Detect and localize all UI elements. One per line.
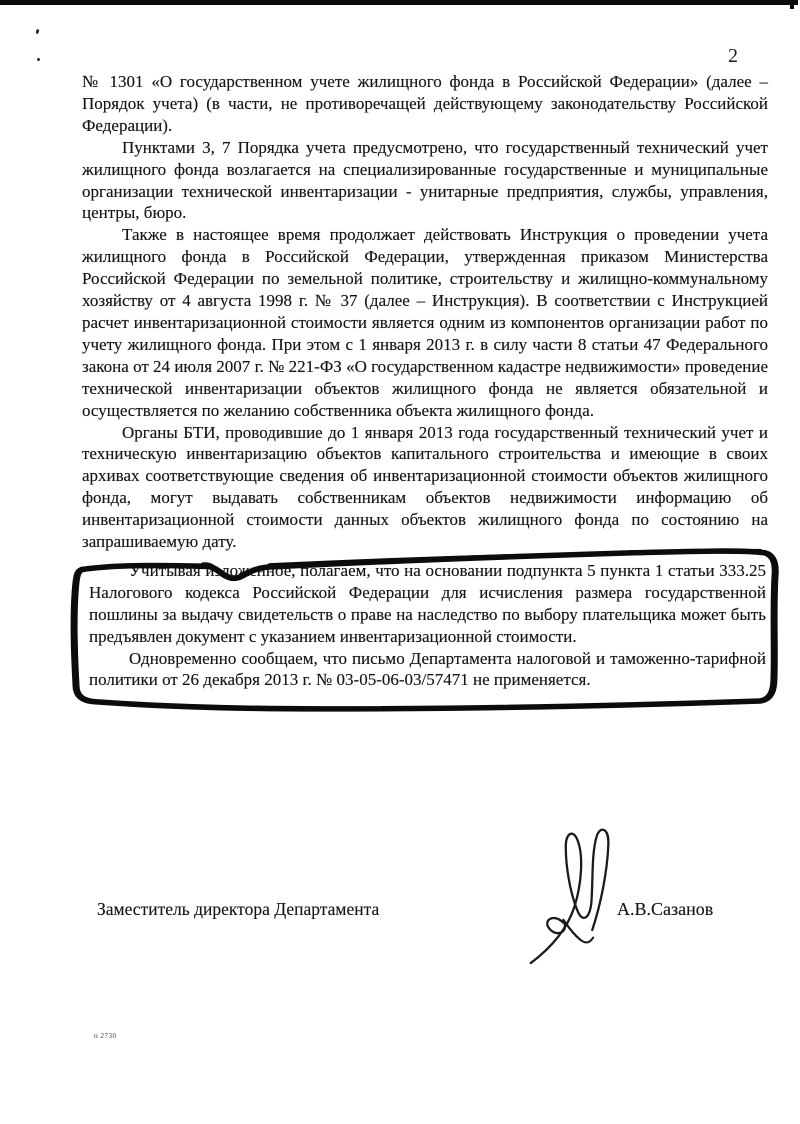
paragraph: Также в настоящее время продолжает дейст… <box>82 224 768 421</box>
signature-scribble <box>527 820 631 970</box>
page-number: 2 <box>728 45 738 68</box>
highlighted-conclusion: Учитывая изложенное, полагаем, что на ос… <box>82 556 768 701</box>
footer-code: п 2730 <box>94 1032 117 1040</box>
paragraph: № 1301 «О государственном учете жилищног… <box>82 71 768 137</box>
letter-body: № 1301 «О государственном учете жилищног… <box>82 71 768 701</box>
scanned-letter-page: 2 № 1301 «О государственном учете жилищн… <box>0 0 800 1124</box>
paragraph: Учитывая изложенное, полагаем, что на ос… <box>89 560 766 648</box>
scan-speck <box>37 58 40 61</box>
scan-artifact-top-bar <box>0 0 798 5</box>
signer-title: Заместитель директора Департамента <box>97 899 379 920</box>
signer-name: А.В.Сазанов <box>617 899 713 920</box>
paragraph: Одновременно сообщаем, что письмо Департ… <box>89 648 766 692</box>
paragraph: Органы БТИ, проводившие до 1 января 2013… <box>82 422 768 553</box>
paragraph: Пунктами 3, 7 Порядка учета предусмотрен… <box>82 137 768 225</box>
scan-speck <box>35 29 39 35</box>
